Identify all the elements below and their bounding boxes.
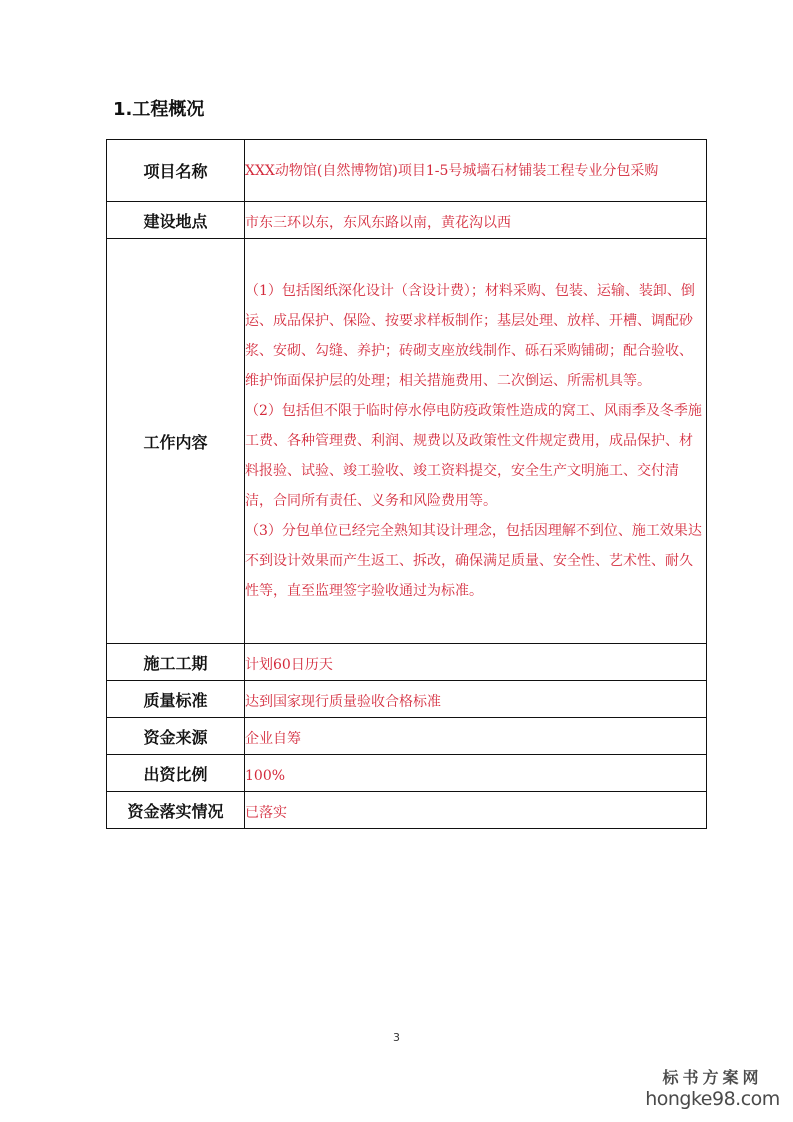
row-value: 100%	[245, 755, 707, 792]
project-overview-table: 项目名称 XXX动物馆(自然博物馆)项目1-5号城墙石材铺装工程专业分包采购 建…	[106, 139, 707, 829]
watermark-cn-text: 标书方案网	[640, 1068, 785, 1088]
row-value: 计划60日历天	[245, 644, 707, 681]
row-value: 企业自筹	[245, 718, 707, 755]
table-row-fund-source: 资金来源 企业自筹	[107, 718, 707, 755]
row-label: 施工工期	[107, 644, 245, 681]
table-row-work-scope: 工作内容 （1）包括图纸深化设计（含设计费）；材料采购、包装、运输、装卸、倒运、…	[107, 239, 707, 644]
row-label: 质量标准	[107, 681, 245, 718]
row-value-work-scope: （1）包括图纸深化设计（含设计费）；材料采购、包装、运输、装卸、倒运、成品保护、…	[245, 239, 707, 644]
work-scope-paragraph-3: （3）分包单位已经完全熟知其设计理念，包括因理解不到位、施工效果达不到设计效果而…	[245, 516, 706, 606]
row-label: 工作内容	[107, 239, 245, 644]
row-label: 资金落实情况	[107, 792, 245, 829]
watermark-url-text: hongke98.com	[640, 1088, 785, 1110]
work-scope-paragraph-1: （1）包括图纸深化设计（含设计费）；材料采购、包装、运输、装卸、倒运、成品保护、…	[245, 276, 706, 396]
row-label: 出资比例	[107, 755, 245, 792]
page-number: 3	[0, 1031, 793, 1044]
watermark-logo: 标书方案网 hongke98.com	[640, 1068, 785, 1110]
table-row-location: 建设地点 市东三环以东，东风东路以南，黄花沟以西	[107, 202, 707, 239]
row-label: 资金来源	[107, 718, 245, 755]
section-title: 1.工程概况	[113, 95, 204, 121]
table-row-quality-standard: 质量标准 达到国家现行质量验收合格标准	[107, 681, 707, 718]
row-value: 已落实	[245, 792, 707, 829]
row-value: 市东三环以东，东风东路以南，黄花沟以西	[245, 202, 707, 239]
row-label: 建设地点	[107, 202, 245, 239]
row-value: XXX动物馆(自然博物馆)项目1-5号城墙石材铺装工程专业分包采购	[245, 140, 707, 202]
table-row-duration: 施工工期 计划60日历天	[107, 644, 707, 681]
table-row-funding-ratio: 出资比例 100%	[107, 755, 707, 792]
work-scope-paragraph-2: （2）包括但不限于临时停水停电防疫政策性造成的窝工、风雨季及冬季施工费、各种管理…	[245, 396, 706, 516]
table-row-project-name: 项目名称 XXX动物馆(自然博物馆)项目1-5号城墙石材铺装工程专业分包采购	[107, 140, 707, 202]
row-value: 达到国家现行质量验收合格标准	[245, 681, 707, 718]
row-label: 项目名称	[107, 140, 245, 202]
table-row-fund-status: 资金落实情况 已落实	[107, 792, 707, 829]
